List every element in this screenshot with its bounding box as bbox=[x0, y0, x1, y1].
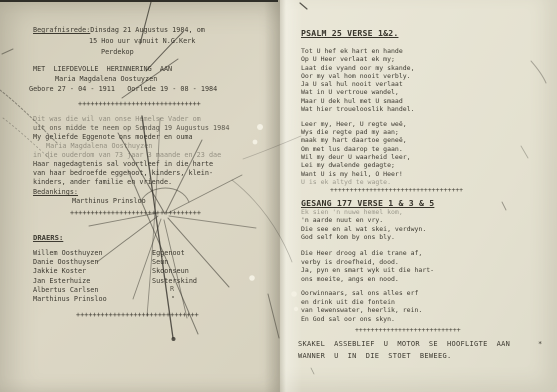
psalm-stanza-1: Tot U hef ek hart en hande Op U Heer ver… bbox=[301, 47, 415, 113]
tribute-line: Dit was die wil van onse Hemelse Vader o… bbox=[33, 115, 201, 123]
hymn-line: Die see en al wat skei, verdwyn. bbox=[301, 225, 426, 233]
footnote-mark: * bbox=[538, 340, 543, 348]
psalm-line: Lei my dwalende gedagte; bbox=[301, 161, 395, 169]
tribute-line: kinders, ander familie en vriende. bbox=[33, 178, 172, 186]
psalm-line: Want U is my heil, O Heer! bbox=[301, 170, 403, 178]
service-date-line: Begrafnisrede:Dinsdag 21 Augustus 1984, … bbox=[33, 26, 205, 34]
divider-row: ++++++++++++++++++++++++++++++ bbox=[76, 311, 199, 319]
relation-mark: " bbox=[171, 295, 175, 303]
hymn-line: God self kom by ons bly. bbox=[301, 233, 395, 241]
divider-row: ++++++++++++++++++++++++++++++ bbox=[78, 100, 201, 108]
thanks-name: Marthinus Prinsloo bbox=[72, 197, 146, 205]
tribute-line: Maria Magdalena Oosthuyzen bbox=[46, 142, 152, 150]
tribute-line: uit ons midde te neem op Sondag 19 Augus… bbox=[33, 124, 229, 132]
tribute-line: My geliefde Eggenote ons moeder en ouma bbox=[33, 133, 193, 141]
tribute-line: Haar nagedagtenis sal voortleef in die h… bbox=[33, 160, 213, 168]
relation-mark: R bbox=[170, 285, 174, 293]
service-location-line: Perdekop bbox=[101, 48, 134, 56]
psalm-line: Leer my, Heer, U regte weë, bbox=[301, 120, 407, 128]
scanned-funeral-program: Begrafnisrede:Dinsdag 21 Augustus 1984, … bbox=[0, 0, 557, 392]
memoriam-heading: MET LIEFDEVOLLE HERINNERING AAN bbox=[33, 65, 172, 73]
hymn-verse-3: Die Heer droog al die trane af, verby is… bbox=[301, 249, 434, 284]
psalm-line: Wil my deur U waarheid leer, bbox=[301, 153, 411, 161]
divider-row: +++++++++++++++++++++++++++ bbox=[355, 326, 461, 334]
hymn-line: Ek sien 'n nuwe hemel kom, bbox=[301, 208, 403, 216]
psalm-line: Wys die regte pad my aan; bbox=[301, 128, 399, 136]
service-time-line: 15 Hoo uur vanuit N.G.Kerk bbox=[89, 37, 195, 45]
tribute-line: van haar bedroefde eggenoot, kinders, kl… bbox=[33, 169, 213, 177]
hymn-verse-5: Oorwinnaars, sal ons alles erf en drink … bbox=[301, 289, 422, 324]
tribute-line: in die ouderdom van 73 jaar 3 maande en … bbox=[33, 151, 221, 159]
psalm-line: Om met lus daarop te gaan. bbox=[301, 145, 403, 153]
hymn-title: GESANG 177 VERSE 1 & 3 & 5 bbox=[301, 199, 434, 207]
funeral-service-date: Dinsdag 21 Augustus 1984, om bbox=[90, 26, 205, 34]
left-page bbox=[0, 0, 280, 392]
birth-death-dates: Gebore 27 - 04 - 1911 Oorlede 19 - 08 - … bbox=[29, 85, 217, 93]
thanks-heading: Bedankings: bbox=[33, 188, 78, 196]
divider-row: ++++++++++++++++++++++++++++++++ bbox=[70, 209, 201, 217]
headlights-notice-line-1: SKAKEL ASSEBLIEF U MOTOR SE HOOFLIGTE AA… bbox=[298, 340, 510, 348]
psalm-title: PSALM 25 VERSE 1&2. bbox=[301, 29, 398, 37]
psalm-line: U is ek altyd te wagte. bbox=[301, 178, 391, 186]
psalm-line: maak my hart daartoe geneë, bbox=[301, 136, 407, 144]
bearers-heading: DRAERS: bbox=[33, 234, 63, 242]
hymn-line: 'n aarde nuut en vry. bbox=[301, 216, 383, 224]
page-fold bbox=[264, 0, 302, 392]
bearer-names: Willem Oosthuyzen Danie Oosthuysen Jakki… bbox=[33, 249, 107, 304]
scan-edge bbox=[0, 0, 278, 2]
divider-row: ++++++++++++++++++++++++++++++++++ bbox=[330, 186, 463, 194]
deceased-name: Maria Magdalena Oostuyzen bbox=[55, 75, 157, 83]
bearer-relations: Eggenoot Seun Skoonseun Susterskind bbox=[152, 249, 197, 286]
headlights-notice-line-2: WANNER U IN DIE STOET BEWEEG. bbox=[298, 352, 452, 360]
funeral-service-label: Begrafnisrede: bbox=[33, 26, 90, 34]
